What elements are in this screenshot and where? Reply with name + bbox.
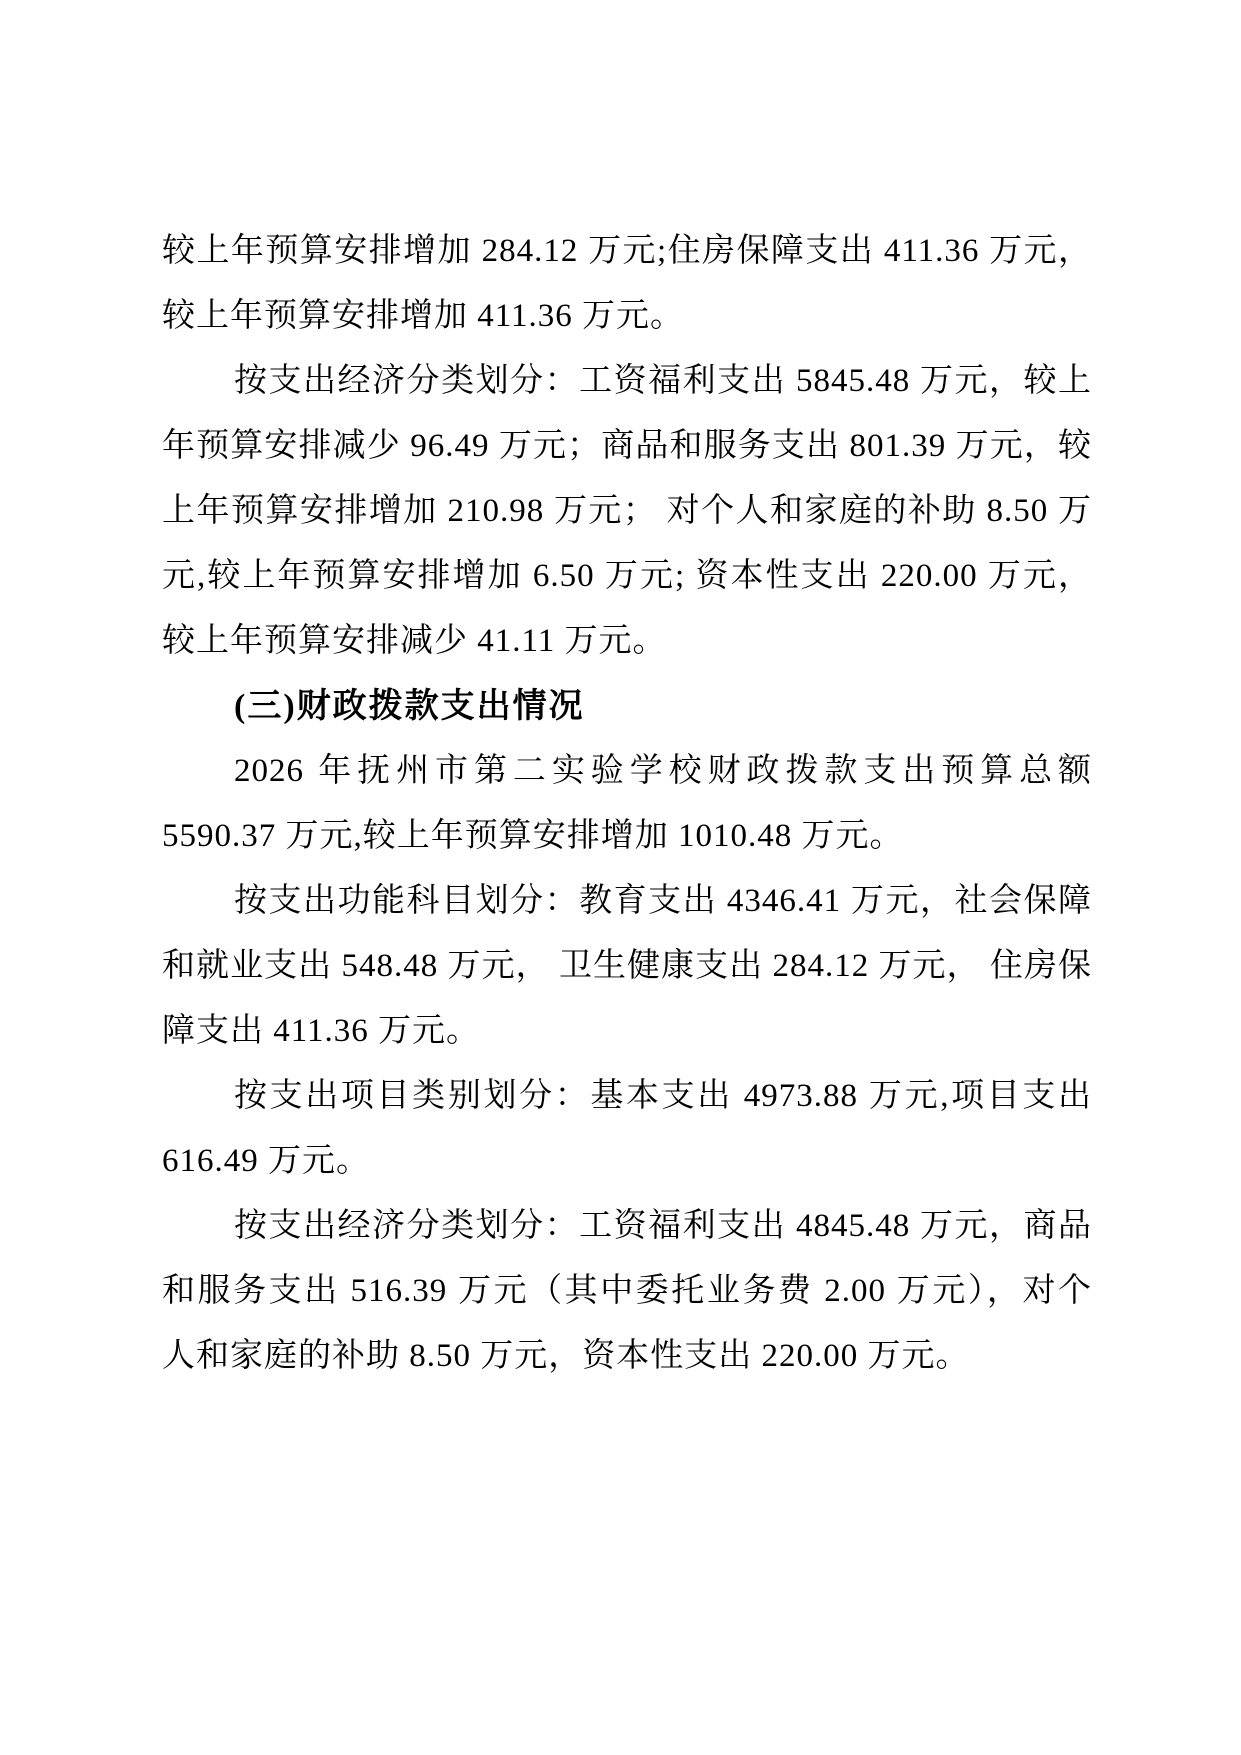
document-body: 较上年预算安排增加 284.12 万元;住房保障支出 411.36 万元， 较上…	[162, 219, 1092, 1389]
text-line: 按支出经济分类划分：工资福利支出 5845.48 万元，较上	[162, 349, 1092, 414]
text-line: 616.49 万元。	[162, 1129, 1092, 1194]
text-line: 按支出项目类别划分：基本支出 4973.88 万元,项目支出	[162, 1064, 1092, 1129]
section-heading: (三)财政拨款支出情况	[162, 674, 1092, 739]
text-line: 按支出功能科目划分：教育支出 4346.41 万元，社会保障	[162, 869, 1092, 934]
text-line: 按支出经济分类划分：工资福利支出 4845.48 万元，商品	[162, 1194, 1092, 1259]
text-line: 元,较上年预算安排增加 6.50 万元; 资本性支出 220.00 万元，	[162, 544, 1092, 609]
text-line: 较上年预算安排减少 41.11 万元。	[162, 609, 1092, 674]
text-line: 障支出 411.36 万元。	[162, 999, 1092, 1064]
text-line: 5590.37 万元,较上年预算安排增加 1010.48 万元。	[162, 804, 1092, 869]
text-line: 人和家庭的补助 8.50 万元，资本性支出 220.00 万元。	[162, 1324, 1092, 1389]
text-line: 上年预算安排增加 210.98 万元； 对个人和家庭的补助 8.50 万	[162, 479, 1092, 544]
text-line: 和就业支出 548.48 万元， 卫生健康支出 284.12 万元， 住房保	[162, 934, 1092, 999]
document-page: 较上年预算安排增加 284.12 万元;住房保障支出 411.36 万元， 较上…	[0, 0, 1241, 1755]
text-line: 2026 年抚州市第二实验学校财政拨款支出预算总额	[162, 739, 1092, 804]
text-line: 较上年预算安排增加 411.36 万元。	[162, 284, 1092, 349]
text-line: 较上年预算安排增加 284.12 万元;住房保障支出 411.36 万元，	[162, 219, 1092, 284]
text-line: 和服务支出 516.39 万元（其中委托业务费 2.00 万元），对个	[162, 1259, 1092, 1324]
text-line: 年预算安排减少 96.49 万元；商品和服务支出 801.39 万元，较	[162, 414, 1092, 479]
